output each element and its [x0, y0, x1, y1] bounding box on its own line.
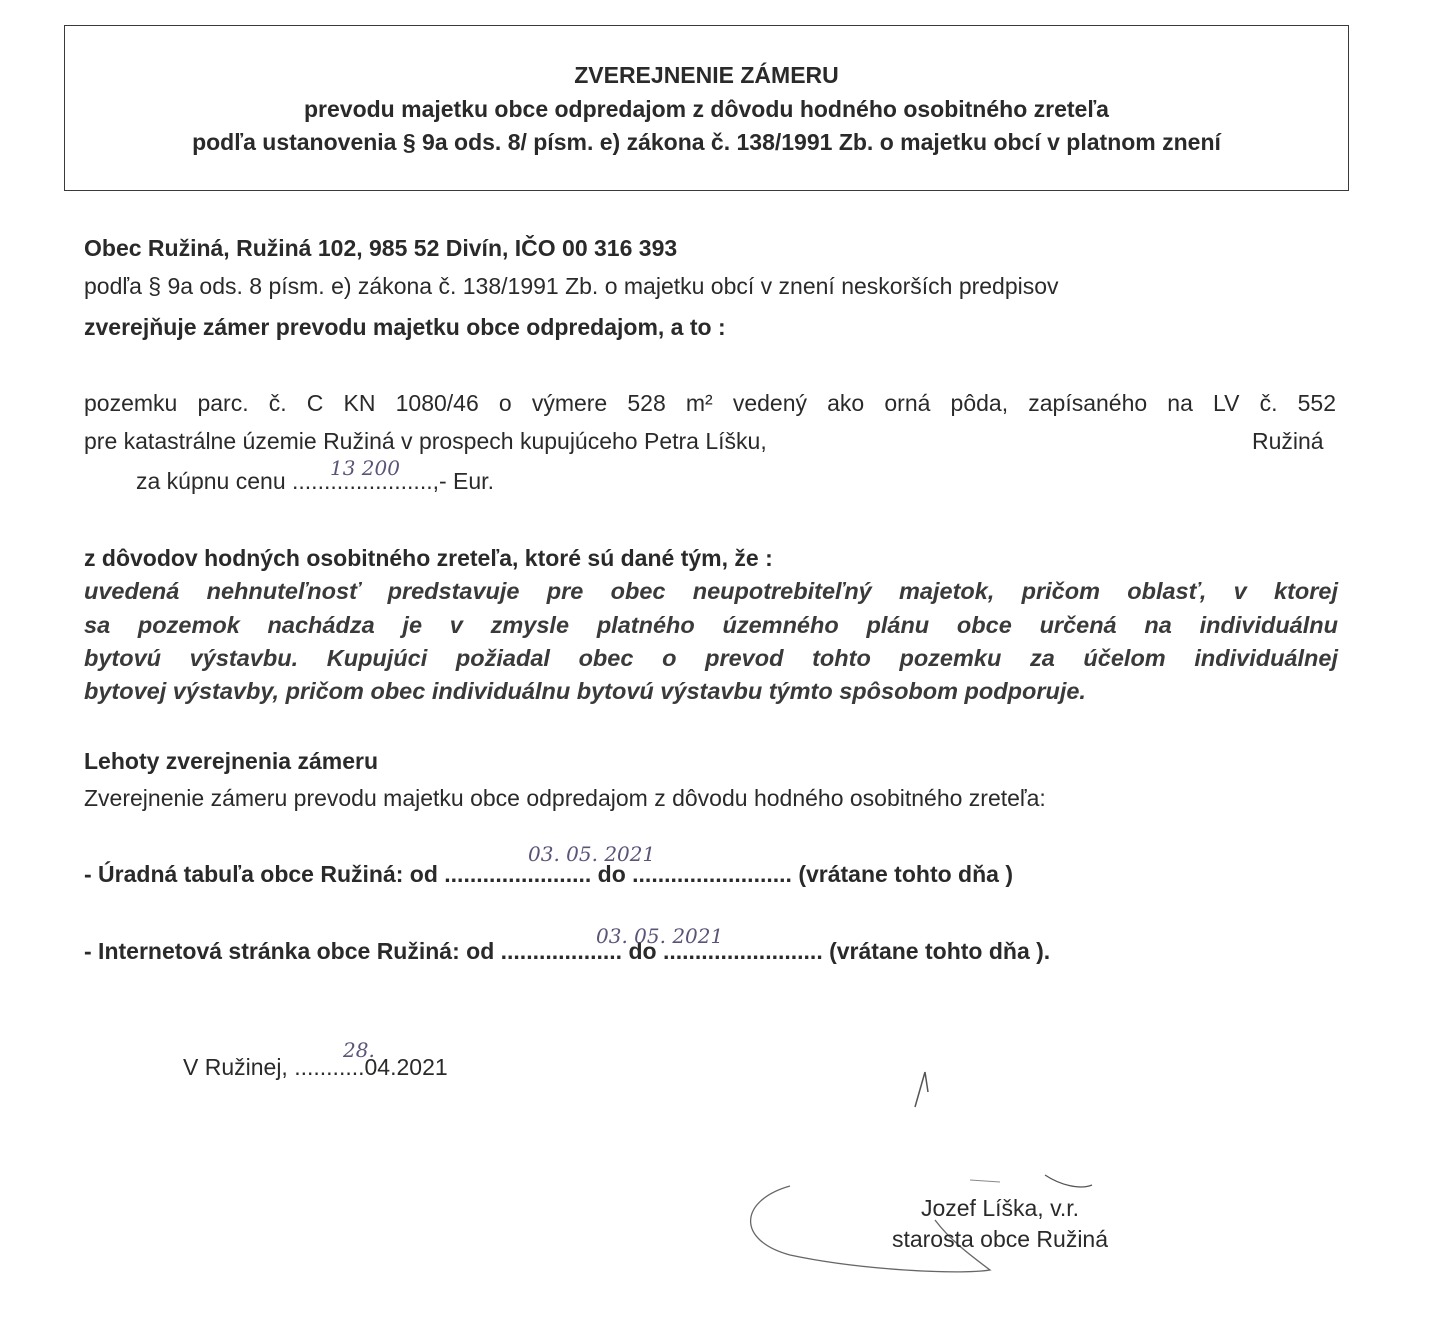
document-legal-basis: podľa ustanovenia § 9a ods. 8/ písm. e) …	[65, 129, 1348, 156]
reasons-line: uvedená nehnuteľnosť predstavuje pre obe…	[84, 578, 1338, 605]
deadline-to-dots: .........................	[632, 861, 792, 887]
signature-block: Jozef Líška, v.r. starosta obce Ružiná	[860, 1193, 1140, 1255]
deadline-from-handwritten: 03. 05. 2021	[528, 842, 655, 866]
price-prefix: za kúpnu cenu	[136, 468, 286, 494]
price-handwritten: 13 200	[330, 456, 400, 480]
deadline-label: - Internetová stránka obce Ružiná: od	[84, 938, 494, 964]
document-header-box: ZVEREJNENIE ZÁMERU prevodu majetku obce …	[64, 25, 1349, 191]
deadlines-heading: Lehoty zverejnenia zámeru	[84, 748, 378, 775]
deadline-from-handwritten: 03. 05. 2021	[596, 924, 723, 948]
issuer-identification: Obec Ružiná, Ružiná 102, 985 52 Divín, I…	[84, 235, 677, 262]
property-description-line2: pre katastrálne územie Ružiná v prospech…	[84, 428, 767, 455]
place-date-prefix: V Ružinej,	[183, 1054, 294, 1080]
date-day-handwritten: 28.	[343, 1038, 375, 1062]
deadlines-intro: Zverejnenie zámeru prevodu majetku obce …	[84, 785, 1046, 812]
deadline-suffix: (vrátane tohto dňa )	[798, 861, 1013, 887]
property-description-line1: pozemku parc. č. C KN 1080/46 o výmere 5…	[84, 390, 1336, 417]
deadline-suffix: (vrátane tohto dňa ).	[829, 938, 1050, 964]
document-subtitle: prevodu majetku obce odpredajom z dôvodu…	[65, 96, 1348, 123]
reasons-line: bytovej výstavby, pričom obec individuál…	[84, 678, 1338, 705]
reasons-heading: z dôvodov hodných osobitného zreteľa, kt…	[84, 545, 773, 572]
place-date-suffix: 04.2021	[365, 1054, 448, 1080]
price-suffix: ,- Eur.	[433, 468, 494, 494]
deadline-website: - Internetová stránka obce Ružiná: od ..…	[84, 938, 1050, 965]
place-date: V Ružinej, ...........04.2021	[183, 1054, 448, 1081]
document-title: ZVEREJNENIE ZÁMERU	[65, 62, 1348, 89]
purchase-price-line: za kúpnu cenu ......................,- E…	[136, 468, 494, 495]
deadline-label: - Úradná tabuľa obce Ružiná: od	[84, 861, 438, 887]
issuer-announcement: zverejňuje zámer prevodu majetku obce od…	[84, 314, 726, 341]
reasons-line: bytovú výstavbu. Kupujúci požiadal obec …	[84, 645, 1338, 672]
handwritten-signature-icon	[0, 0, 1456, 1344]
property-buyer-location: Ružiná	[1252, 428, 1324, 455]
signatory-name: Jozef Líška, v.r.	[860, 1193, 1140, 1224]
signatory-role: starosta obce Ružiná	[860, 1224, 1140, 1255]
reasons-line: sa pozemok nachádza je v zmysle platného…	[84, 612, 1338, 639]
issuer-legal-reference: podľa § 9a ods. 8 písm. e) zákona č. 138…	[84, 273, 1059, 300]
